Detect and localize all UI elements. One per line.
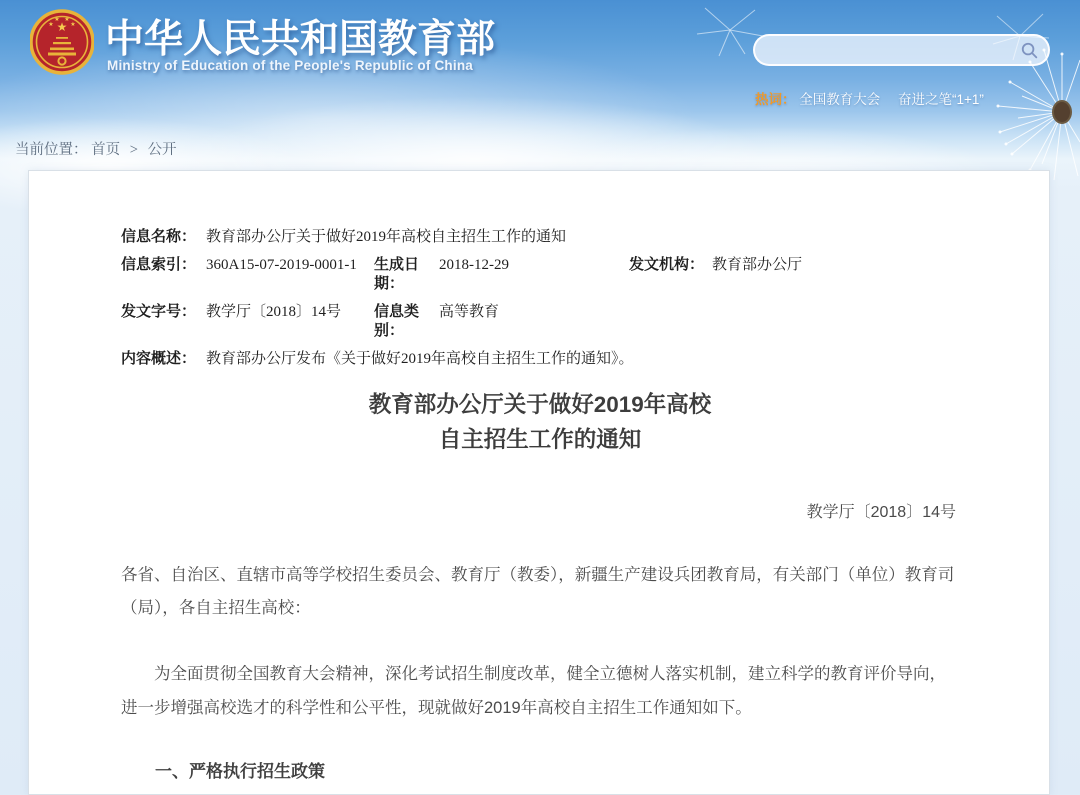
search-icon [1020,41,1039,60]
meta-row-index: 信息索引： 360A15-07-2019-0001-1 生成日期： 2018-1… [29,256,1051,295]
category-label: 信息类别： [374,303,439,342]
info-name-value: 教育部办公厅关于做好2019年高校自主招生工作的通知 [206,228,1051,248]
doc-no-label: 发文字号： [121,303,206,342]
site-title: 中华人民共和国教育部 [105,8,705,64]
site-subtitle: Ministry of Education of the People's Re… [107,58,707,73]
meta-row-name: 信息名称： 教育部办公厅关于做好2019年高校自主招生工作的通知 [29,228,1051,248]
national-emblem-icon: ★ ★ ★ ★ ★ [30,9,94,75]
search-input[interactable] [755,42,1014,58]
document-number: 教学厅〔2018〕14号 [29,499,1051,522]
breadcrumb-home-link[interactable]: 首页 [91,142,120,158]
hot-word-link-2[interactable]: 奋进之笔“1+1” [898,92,984,107]
hot-words-bar: 热词： 全国教育大会 奋进之笔“1+1” [755,88,998,108]
document-salutation: 各省、自治区、直辖市高等学校招生委员会、教育厅（教委），新疆生产建设兵团教育局，… [121,559,959,625]
hot-words-label: 热词： [755,92,796,107]
breadcrumb-label: 当前位置： [15,142,88,158]
issuer-label: 发文机构： [629,256,712,295]
moe-gov-page: ★ ★ ★ ★ ★ 中华人民共和国教育部 Ministry of Educati… [0,0,1080,795]
breadcrumb: 当前位置： 首页 > 公开 [15,138,177,159]
meta-row-summary: 内容概述： 教育部办公厅发布《关于做好2019年高校自主招生工作的通知》。 [29,350,1051,370]
doc-no-value: 教学厅〔2018〕14号 [206,303,374,342]
issuer-value: 教育部办公厅 [712,256,802,295]
document-title: 教育部办公厅关于做好2019年高校 自主招生工作的通知 [29,387,1051,457]
document-title-line2: 自主招生工作的通知 [29,422,1051,457]
section-1-heading: 一、严格执行招生政策 [121,757,959,782]
breadcrumb-separator: > [130,142,138,158]
gen-date-value: 2018-12-29 [439,256,629,295]
search-box [753,34,1050,66]
document-paragraph-1: 为全面贯彻全国教育大会精神，深化考试招生制度改革，健全立德树人落实机制，建立科学… [121,657,959,725]
gen-date-label: 生成日期： [374,256,439,295]
svg-text:★: ★ [70,21,75,28]
svg-text:★: ★ [64,16,69,23]
document-title-line1: 教育部办公厅关于做好2019年高校 [29,387,1051,422]
search-button[interactable] [1014,37,1044,63]
info-index-label: 信息索引： [121,256,206,295]
svg-text:★: ★ [54,16,59,23]
summary-value: 教育部办公厅发布《关于做好2019年高校自主招生工作的通知》。 [206,350,1051,370]
meta-row-docno: 发文字号： 教学厅〔2018〕14号 信息类别： 高等教育 [29,303,1051,342]
content-panel: 信息名称： 教育部办公厅关于做好2019年高校自主招生工作的通知 信息索引： 3… [28,170,1050,795]
hot-word-link-1[interactable]: 全国教育大会 [799,92,880,107]
category-value: 高等教育 [439,303,499,342]
info-index-value: 360A15-07-2019-0001-1 [206,256,374,295]
summary-label: 内容概述： [121,350,206,370]
breadcrumb-section-link[interactable]: 公开 [148,142,177,158]
document-metadata: 信息名称： 教育部办公厅关于做好2019年高校自主招生工作的通知 信息索引： 3… [29,228,1051,377]
svg-text:★: ★ [48,21,53,28]
info-name-label: 信息名称： [121,228,206,248]
